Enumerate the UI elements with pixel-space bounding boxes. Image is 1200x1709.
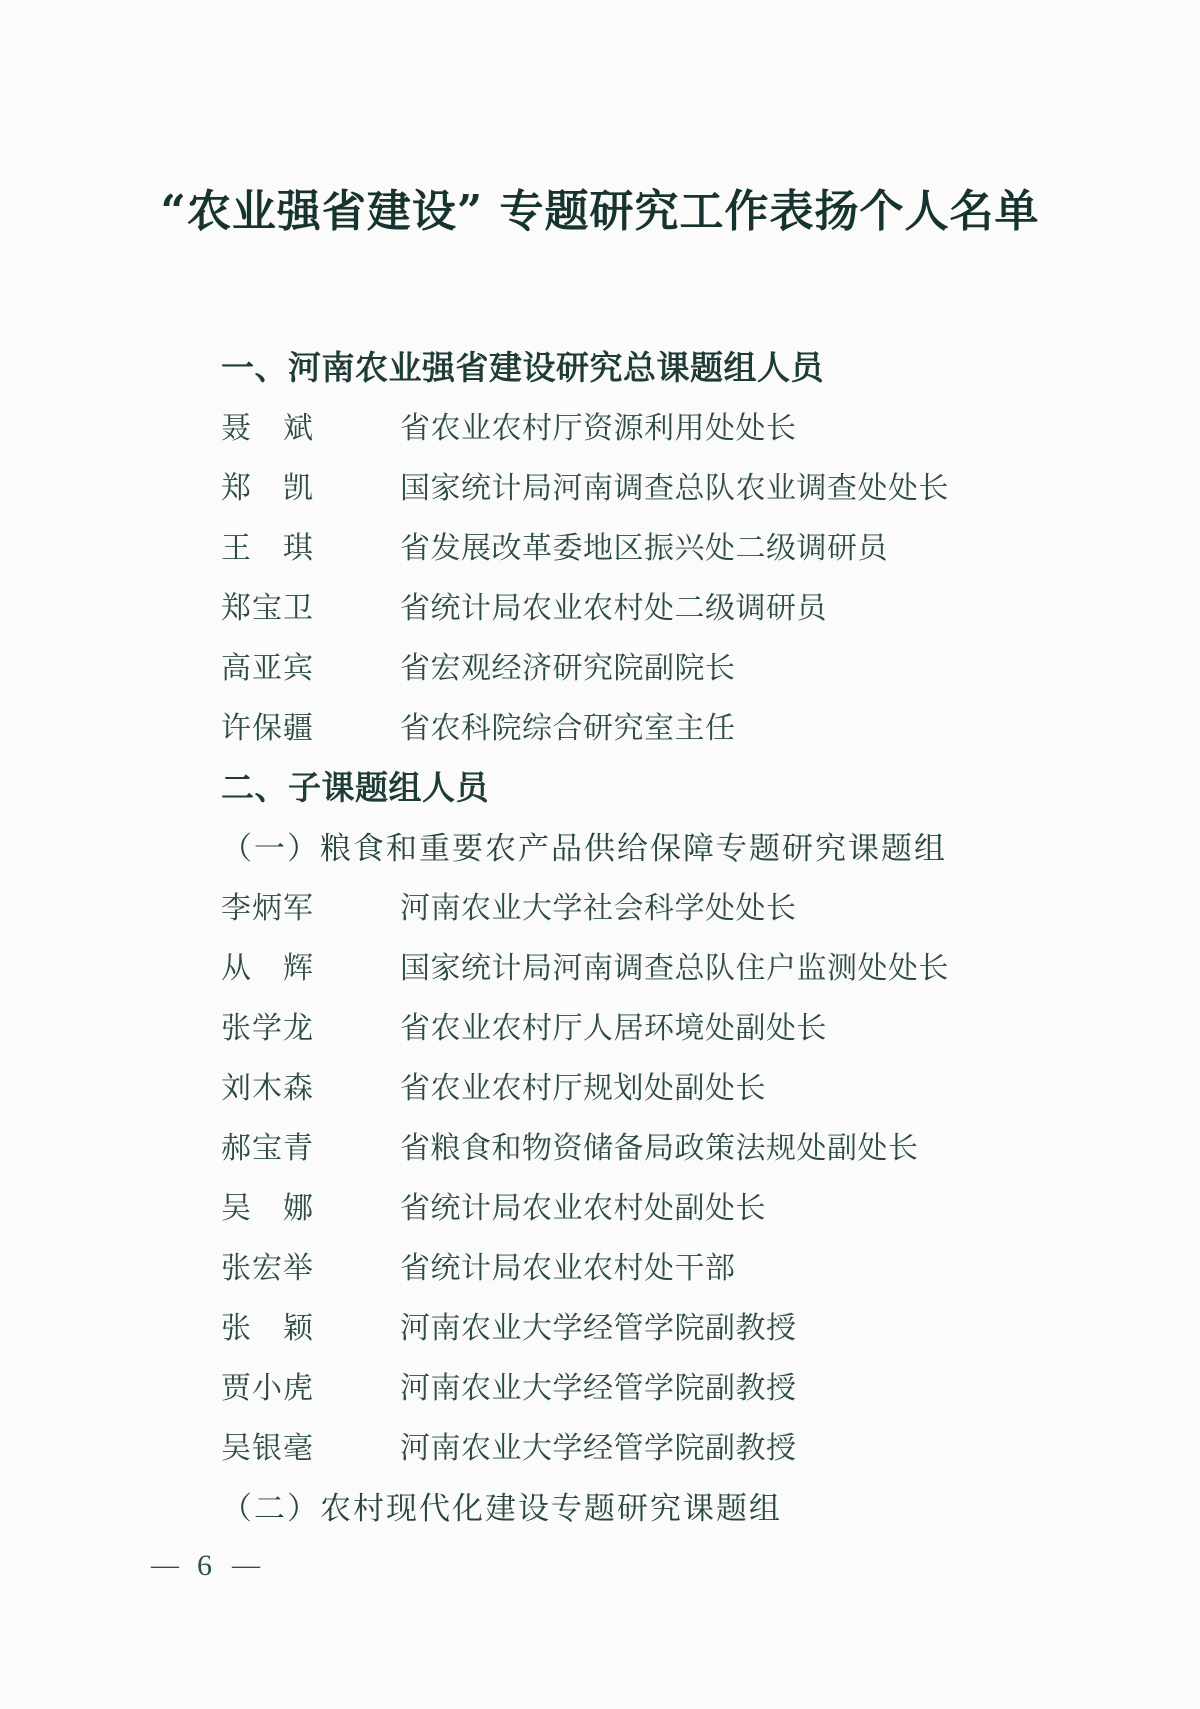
page-footer: — 6 — <box>151 1549 258 1583</box>
person-row: 张 颖 河南农业大学经管学院副教授 <box>221 1295 1200 1355</box>
person-row: 从 辉 国家统计局河南调查总队住户监测处处长 <box>221 935 1200 995</box>
person-row: 王 琪 省发展改革委地区振兴处二级调研员 <box>221 515 1200 575</box>
person-row: 贾小虎 河南农业大学经管学院副教授 <box>221 1355 1200 1415</box>
person-row: 郑宝卫 省统计局农业农村处二级调研员 <box>221 575 1200 635</box>
person-row: 张学龙 省农业农村厅人居环境处副处长 <box>221 995 1200 1055</box>
document-page: “农业强省建设” 专题研究工作表扬个人名单 一、河南农业强省建设研究总课题组人员… <box>0 0 1200 1709</box>
person-title: 省统计局农业农村处二级调研员 <box>400 583 827 627</box>
person-name: 郑宝卫 <box>221 583 400 627</box>
person-title: 省农业农村厅资源利用处处长 <box>400 403 797 447</box>
person-row: 张宏举 省统计局农业农村处干部 <box>221 1235 1200 1295</box>
document-title: “农业强省建设” 专题研究工作表扬个人名单 <box>0 0 1200 241</box>
person-name: 吴 娜 <box>221 1183 400 1227</box>
person-name: 张 颖 <box>221 1303 400 1347</box>
person-title: 省农业农村厅规划处副处长 <box>400 1063 766 1107</box>
person-title: 国家统计局河南调查总队住户监测处处长 <box>400 943 949 987</box>
person-name: 从 辉 <box>221 943 400 987</box>
person-row: 郝宝青 省粮食和物资储备局政策法规处副处长 <box>221 1115 1200 1175</box>
person-name: 郑 凯 <box>221 463 400 507</box>
person-name: 高亚宾 <box>221 643 400 687</box>
person-name: 王 琪 <box>221 523 400 567</box>
person-name: 许保疆 <box>221 703 400 747</box>
person-title: 河南农业大学经管学院副教授 <box>400 1303 797 1347</box>
page-number: 6 <box>197 1549 212 1583</box>
person-title: 省农业农村厅人居环境处副处长 <box>400 1003 827 1047</box>
footer-right-dash: — <box>232 1550 258 1582</box>
person-row: 李炳军 河南农业大学社会科学处处长 <box>221 875 1200 935</box>
person-title: 省统计局农业农村处副处长 <box>400 1183 766 1227</box>
subsection-1-heading: （一）粮食和重要农产品供给保障专题研究课题组 <box>221 815 1200 875</box>
person-title: 河南农业大学社会科学处处长 <box>400 883 797 927</box>
subsection-2-heading: （二）农村现代化建设专题研究课题组 <box>221 1475 1200 1535</box>
person-row: 郑 凯 国家统计局河南调查总队农业调查处处长 <box>221 455 1200 515</box>
person-name: 张宏举 <box>221 1243 400 1287</box>
person-title: 省统计局农业农村处干部 <box>400 1243 736 1287</box>
person-row: 吴银毫 河南农业大学经管学院副教授 <box>221 1415 1200 1475</box>
person-row: 许保疆 省农科院综合研究室主任 <box>221 695 1200 755</box>
person-name: 聂 斌 <box>221 403 400 447</box>
person-name: 张学龙 <box>221 1003 400 1047</box>
person-name: 刘木森 <box>221 1063 400 1107</box>
person-name: 吴银毫 <box>221 1423 400 1467</box>
footer-left-dash: — <box>151 1550 177 1582</box>
person-title: 省宏观经济研究院副院长 <box>400 643 736 687</box>
person-name: 李炳军 <box>221 883 400 927</box>
person-row: 吴 娜 省统计局农业农村处副处长 <box>221 1175 1200 1235</box>
person-title: 国家统计局河南调查总队农业调查处处长 <box>400 463 949 507</box>
document-body: 一、河南农业强省建设研究总课题组人员 聂 斌 省农业农村厅资源利用处处长 郑 凯… <box>221 335 1200 1535</box>
person-name: 贾小虎 <box>221 1363 400 1407</box>
section-1-heading: 一、河南农业强省建设研究总课题组人员 <box>221 335 1200 395</box>
person-title: 河南农业大学经管学院副教授 <box>400 1423 797 1467</box>
section-2-heading: 二、子课题组人员 <box>221 755 1200 815</box>
person-title: 省粮食和物资储备局政策法规处副处长 <box>400 1123 919 1167</box>
person-name: 郝宝青 <box>221 1123 400 1167</box>
person-title: 省发展改革委地区振兴处二级调研员 <box>400 523 888 567</box>
person-row: 高亚宾 省宏观经济研究院副院长 <box>221 635 1200 695</box>
person-title: 河南农业大学经管学院副教授 <box>400 1363 797 1407</box>
person-row: 刘木森 省农业农村厅规划处副处长 <box>221 1055 1200 1115</box>
person-row: 聂 斌 省农业农村厅资源利用处处长 <box>221 395 1200 455</box>
person-title: 省农科院综合研究室主任 <box>400 703 736 747</box>
